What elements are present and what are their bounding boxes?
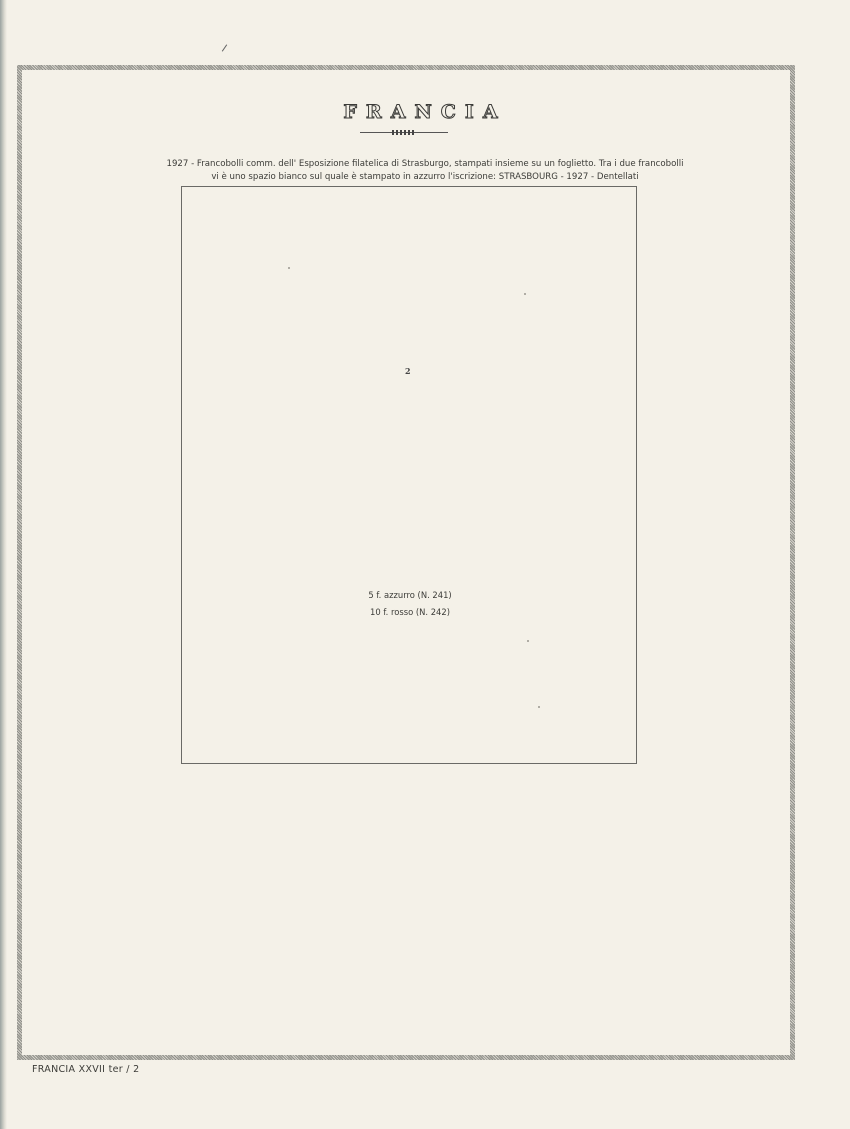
paper-speck [524, 293, 526, 295]
stamp-caption-1: 5 f. azzurro (N. 241) [0, 590, 820, 600]
description-line-1: 1927 - Francobolli comm. dell' Esposizio… [0, 158, 850, 171]
pencil-mark [222, 44, 227, 51]
stamp-slot-number: 2 [405, 366, 411, 376]
stamp-caption-2: 10 f. rosso (N. 242) [0, 607, 820, 617]
stamp-mount-box [181, 186, 637, 764]
page-footer-label: FRANCIA XXVII ter / 2 [32, 1064, 139, 1075]
description-line-2: vi è uno spazio bianco sul quale è stamp… [0, 171, 850, 184]
title-ornament-rule [360, 130, 448, 135]
page-title: FRANCIA [0, 101, 850, 123]
paper-speck [288, 267, 290, 269]
paper-speck [538, 706, 540, 708]
paper-speck [527, 640, 529, 642]
issue-description: 1927 - Francobolli comm. dell' Esposizio… [0, 158, 850, 184]
